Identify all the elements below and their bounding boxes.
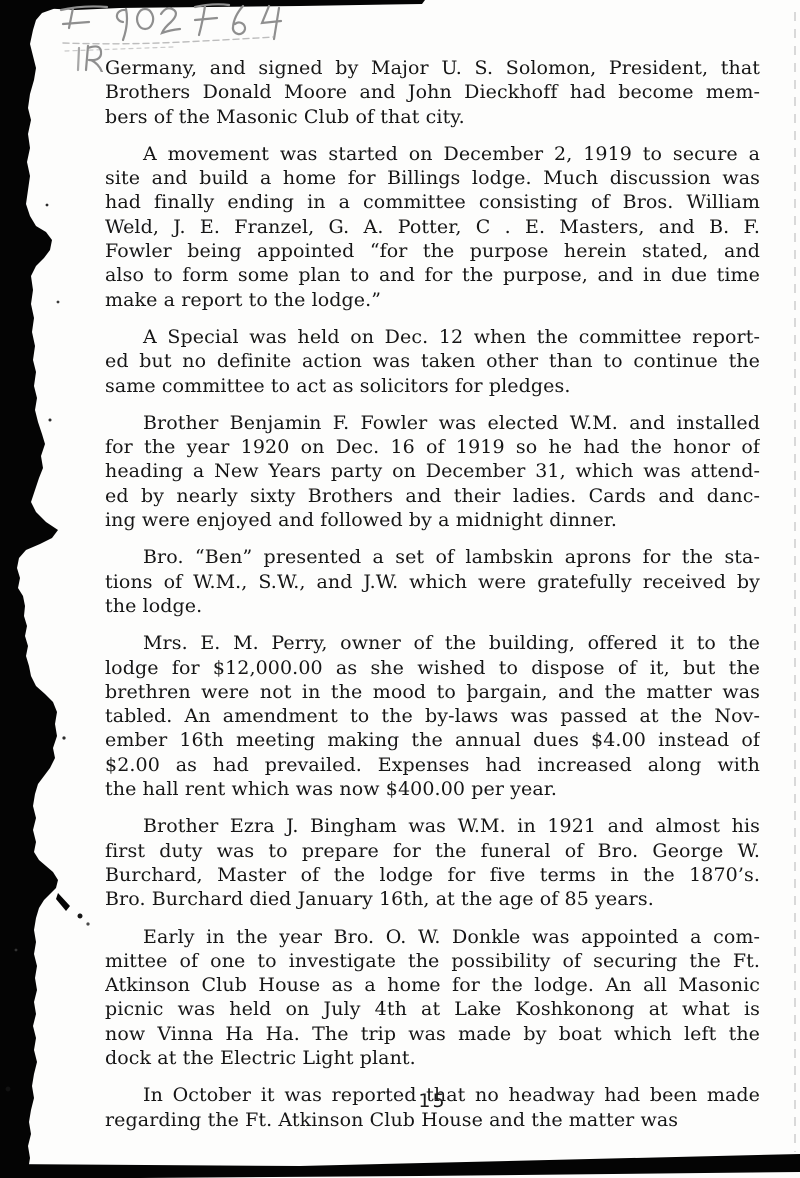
text-line: Burchard, Master of the lodge for five t… — [105, 863, 760, 887]
document-body: Germany, and signed by Major U. S. Solom… — [105, 56, 760, 1145]
text-line: ing were enjoyed and followed by a midni… — [105, 508, 760, 532]
text-line: mittee of one to investigate the possibi… — [105, 949, 760, 973]
text-line: had finally ending in a committee consis… — [105, 190, 760, 214]
right-edge-crease — [794, 12, 796, 1152]
text-line: the lodge. — [105, 594, 760, 618]
edge-speck — [49, 419, 52, 422]
text-line: the hall rent which was now $400.00 per … — [105, 777, 760, 801]
text-line: site and build a home for Billings lodge… — [105, 166, 760, 190]
text-line: bers of the Masonic Club of that city. — [105, 105, 760, 129]
text-line: ember 16th meeting making the annual due… — [105, 728, 760, 752]
edge-speck — [62, 736, 65, 739]
text-line: Atkinson Club House as a home for the lo… — [105, 973, 760, 997]
text-line: now Vinna Ha Ha. The trip was made by bo… — [105, 1022, 760, 1046]
paragraph-bingham-1921: Brother Ezra J. Bingham was W.M. in 1921… — [105, 814, 760, 911]
text-line: Weld, J. E. Franzel, G. A. Potter, C . E… — [105, 215, 760, 239]
text-line: Bro. “Ben” presented a set of lambskin a… — [105, 545, 760, 569]
text-line: tions of W.M., S.W., and J.W. which were… — [105, 570, 760, 594]
scanned-document-page: Germany, and signed by Major U. S. Solom… — [0, 0, 800, 1178]
paragraph-movement-1919: A movement was started on December 2, 19… — [105, 142, 760, 312]
edge-speck — [78, 914, 83, 919]
edge-speck — [6, 1087, 11, 1092]
paragraph-fowler-elected: Brother Benjamin F. Fowler was elected W… — [105, 411, 760, 532]
text-line: Bro. Burchard died January 16th, at the … — [105, 887, 760, 911]
text-line: also to form some plan to and for the pu… — [105, 263, 760, 287]
edge-speck — [86, 922, 89, 925]
paragraph-donkle-committee: Early in the year Bro. O. W. Donkle was … — [105, 925, 760, 1071]
text-line: A Special was held on Dec. 12 when the c… — [105, 325, 760, 349]
text-line: Brother Ezra J. Bingham was W.M. in 1921… — [105, 814, 760, 838]
text-line: Fowler being appointed “for the purpose … — [105, 239, 760, 263]
text-line: Early in the year Bro. O. W. Donkle was … — [105, 925, 760, 949]
text-line: picnic was held on July 4th at Lake Kosh… — [105, 997, 760, 1021]
text-line: A movement was started on December 2, 19… — [105, 142, 760, 166]
text-line: ed but no definite action was taken othe… — [105, 349, 760, 373]
paragraph-continuation: Germany, and signed by Major U. S. Solom… — [105, 56, 760, 129]
paragraph-special-meeting: A Special was held on Dec. 12 when the c… — [105, 325, 760, 398]
text-line: for the year 1920 on Dec. 16 of 1919 so … — [105, 435, 760, 459]
page-number: 15 — [105, 1090, 760, 1112]
text-line: $2.00 as had prevailed. Expenses had inc… — [105, 753, 760, 777]
text-line: lodge for $12,000.00 as she wished to di… — [105, 656, 760, 680]
text-line: same committee to act as solicitors for … — [105, 374, 760, 398]
bottom-edge-bar — [0, 1154, 800, 1178]
torn-left-edge — [0, 0, 73, 1178]
text-line: Germany, and signed by Major U. S. Solom… — [105, 56, 760, 80]
text-line: tabled. An amendment to the by-laws was … — [105, 704, 760, 728]
edge-speck — [57, 301, 60, 304]
text-line: heading a New Years party on December 31… — [105, 459, 760, 483]
text-line: Brothers Donald Moore and John Dieckhoff… — [105, 80, 760, 104]
paragraph-perry-building: Mrs. E. M. Perry, owner of the building,… — [105, 631, 760, 801]
text-line: ed by nearly sixty Brothers and their la… — [105, 484, 760, 508]
edge-blob — [56, 893, 70, 911]
text-line: make a report to the lodge.” — [105, 288, 760, 312]
text-line: brethren were not in the mood to þargain… — [105, 680, 760, 704]
paragraph-lambskin-aprons: Bro. “Ben” presented a set of lambskin a… — [105, 545, 760, 618]
edge-speck — [46, 204, 49, 207]
edge-speck — [15, 949, 18, 952]
text-line: Mrs. E. M. Perry, owner of the building,… — [105, 631, 760, 655]
text-line: first duty was to prepare for the funera… — [105, 839, 760, 863]
text-line: dock at the Electric Light plant. — [105, 1046, 760, 1070]
text-line: Brother Benjamin F. Fowler was elected W… — [105, 411, 760, 435]
